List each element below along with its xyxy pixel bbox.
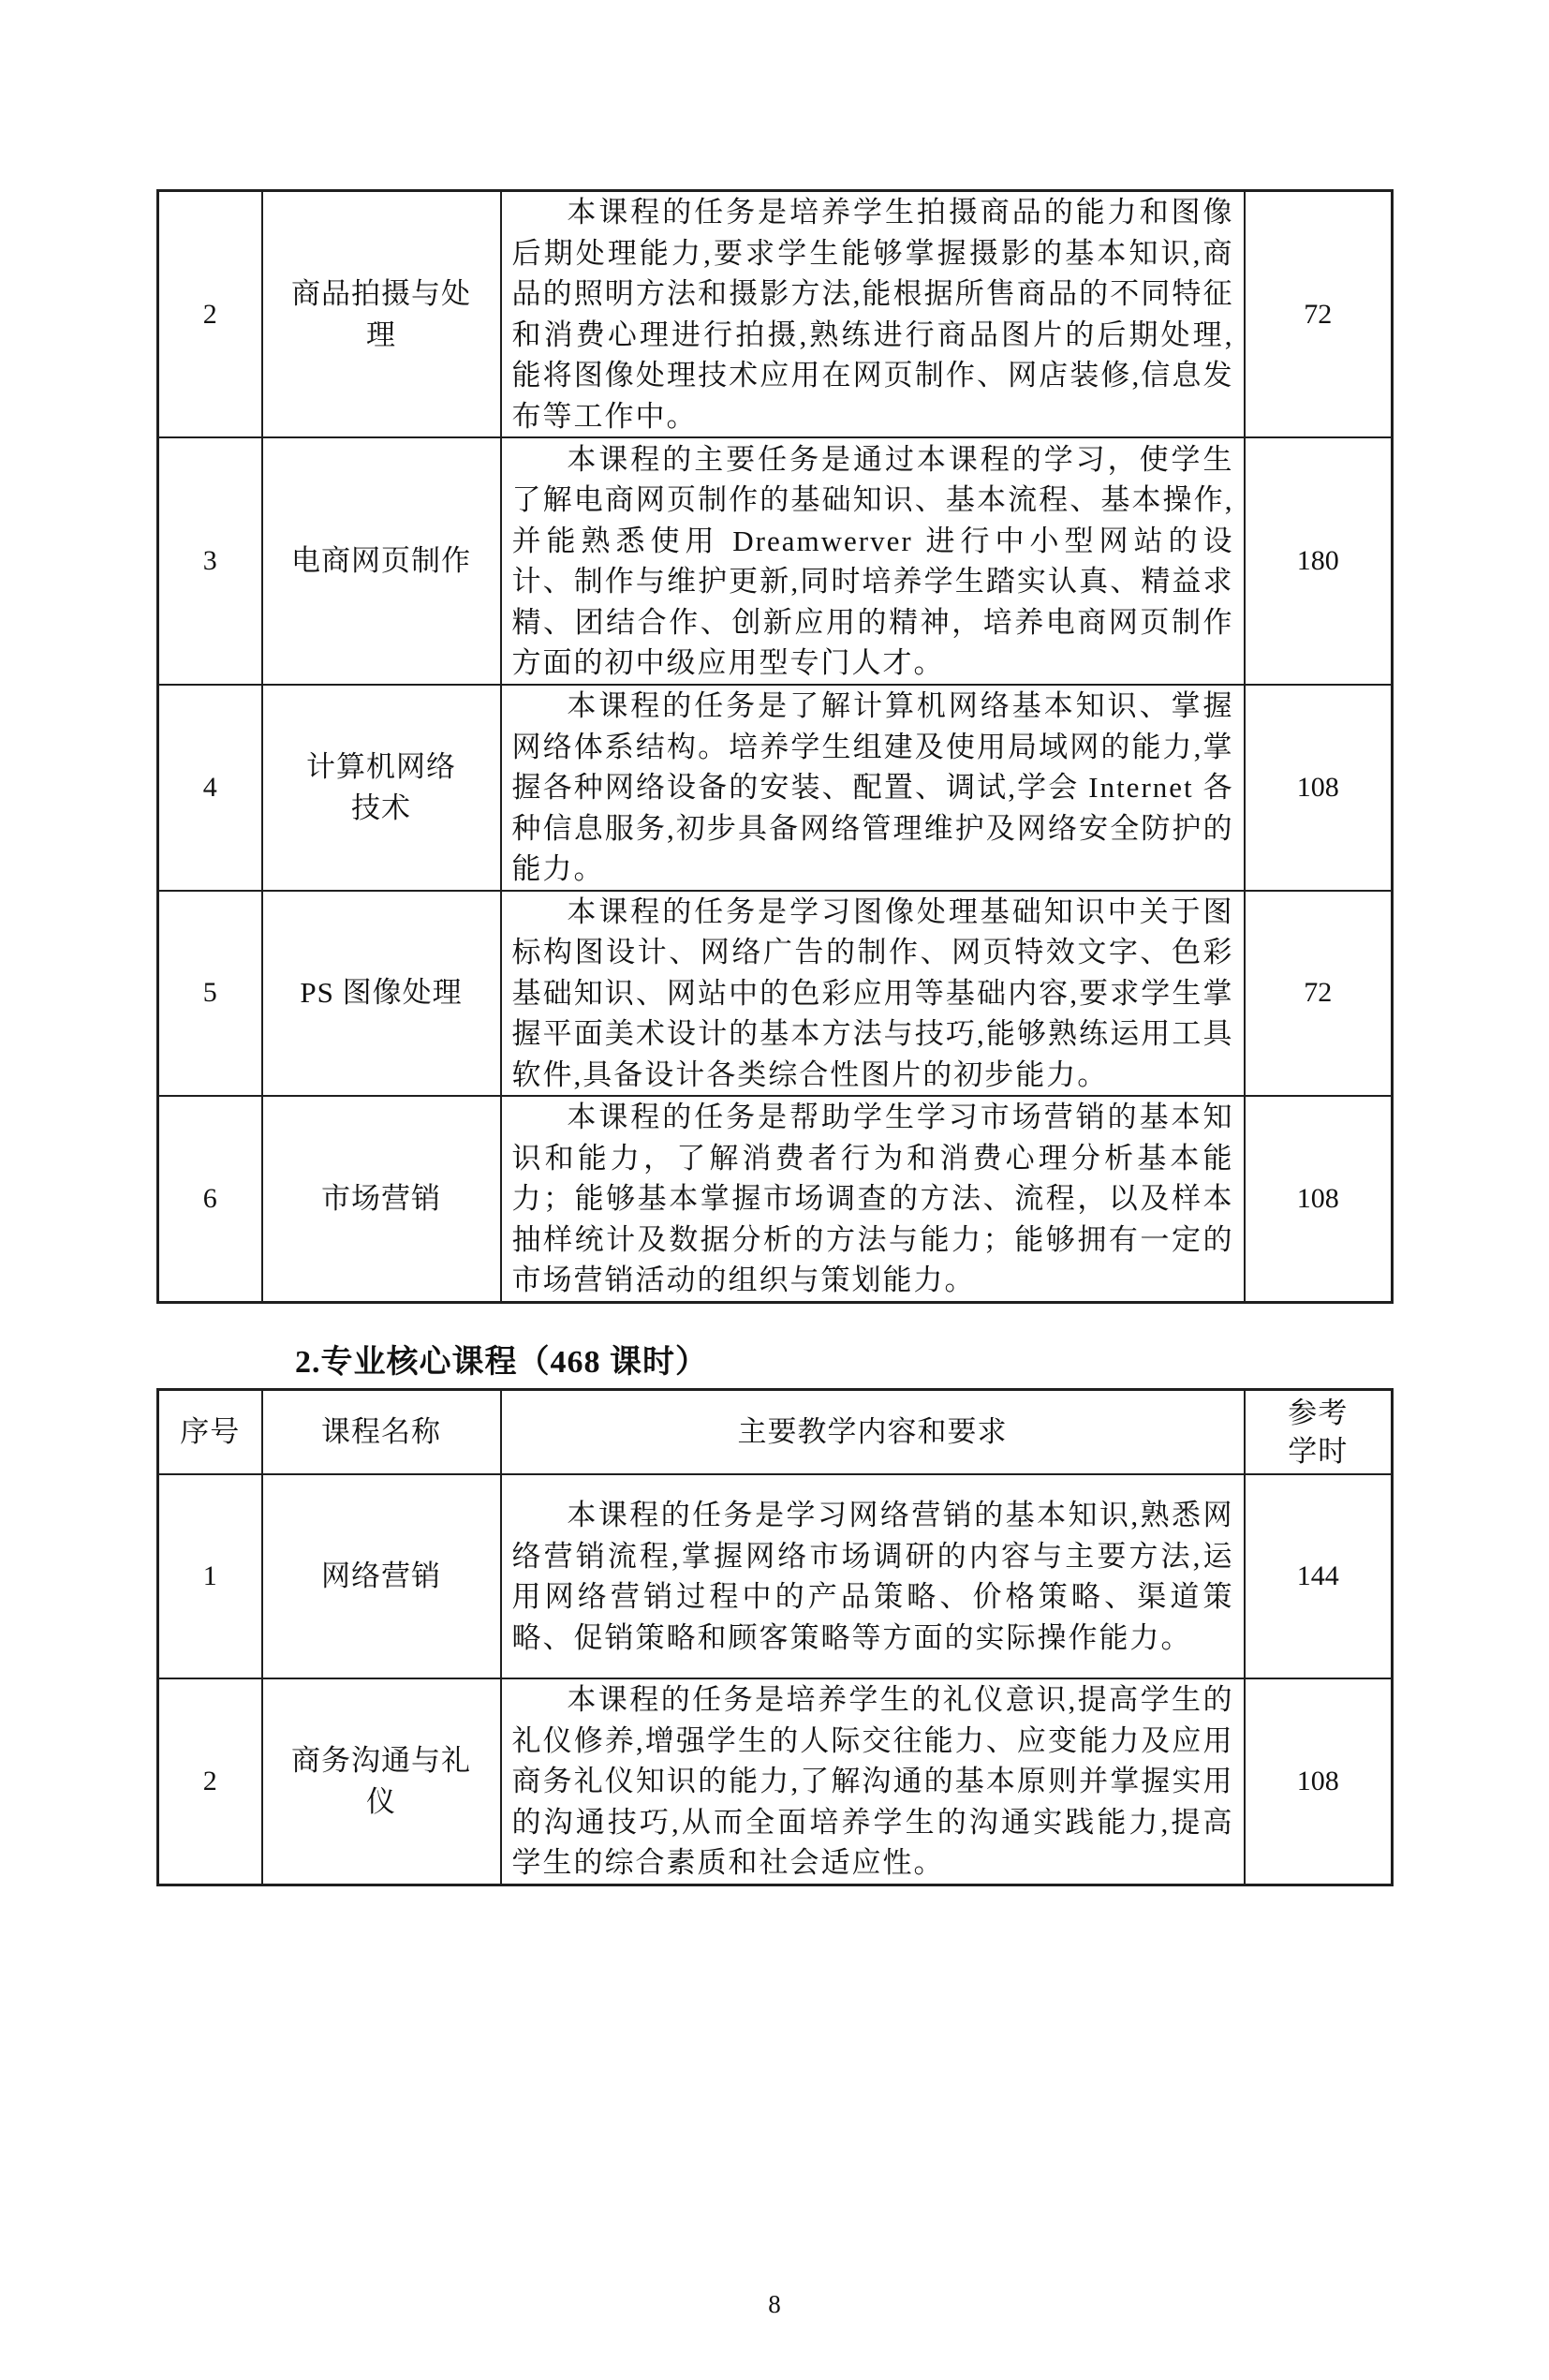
- course-name: 商务沟通与礼 仪: [262, 1678, 501, 1885]
- header-no: 序号: [158, 1389, 262, 1474]
- course-no: 1: [158, 1474, 262, 1678]
- course-description: 本课程的任务是帮助学生学习市场营销的基本知识和能力，了解消费者行为和消费心理分析…: [501, 1096, 1245, 1302]
- course-description-text: 本课程的任务是帮助学生学习市场营销的基本知识和能力，了解消费者行为和消费心理分析…: [512, 1097, 1234, 1301]
- table-row: 2 商品拍摄与处 理 本课程的任务是培养学生拍摄商品的能力和图像后期处理能力,要…: [158, 191, 1393, 438]
- course-no: 6: [158, 1096, 262, 1302]
- header-content: 主要教学内容和要求: [501, 1389, 1245, 1474]
- course-description: 本课程的任务是学习图像处理基础知识中关于图标构图设计、网络广告的制作、网页特效文…: [501, 891, 1245, 1097]
- course-name: 网络营销: [262, 1474, 501, 1678]
- document-page: 2 商品拍摄与处 理 本课程的任务是培养学生拍摄商品的能力和图像后期处理能力,要…: [0, 189, 1549, 2380]
- course-description: 本课程的任务是培养学生的礼仪意识,提高学生的礼仪修养,增强学生的人际交往能力、应…: [501, 1678, 1245, 1885]
- page-number: 8: [0, 2290, 1549, 2319]
- course-description: 本课程的任务是培养学生拍摄商品的能力和图像后期处理能力,要求学生能够掌握摄影的基…: [501, 191, 1245, 438]
- course-description-text: 本课程的任务是了解计算机网络基本知识、掌握网络体系结构。培养学生组建及使用局域网…: [512, 686, 1234, 890]
- header-course-name: 课程名称: [262, 1389, 501, 1474]
- course-no: 5: [158, 891, 262, 1097]
- course-description-text: 本课程的任务是学习图像处理基础知识中关于图标构图设计、网络广告的制作、网页特效文…: [512, 892, 1234, 1096]
- course-hours: 72: [1245, 891, 1393, 1097]
- course-description: 本课程的任务是了解计算机网络基本知识、掌握网络体系结构。培养学生组建及使用局域网…: [501, 685, 1245, 891]
- course-description-text: 本课程的任务是培养学生拍摄商品的能力和图像后期处理能力,要求学生能够掌握摄影的基…: [512, 192, 1234, 436]
- core-courses-table: 序号 课程名称 主要教学内容和要求 参考 学时 1 网络营销 本课程的任务是学习…: [156, 1388, 1394, 1886]
- section-heading: 2.专业核心课程（468 课时）: [295, 1346, 1549, 1382]
- course-name: 电商网页制作: [262, 437, 501, 685]
- course-description-text: 本课程的任务是学习网络营销的基本知识,熟悉网络营销流程,掌握网络市场调研的内容与…: [512, 1495, 1234, 1658]
- course-hours: 108: [1245, 1096, 1393, 1302]
- table-row: 2 商务沟通与礼 仪 本课程的任务是培养学生的礼仪意识,提高学生的礼仪修养,增强…: [158, 1678, 1393, 1885]
- course-name: 市场营销: [262, 1096, 501, 1302]
- course-name: 商品拍摄与处 理: [262, 191, 501, 438]
- course-no: 2: [158, 1678, 262, 1885]
- table-row: 6 市场营销 本课程的任务是帮助学生学习市场营销的基本知识和能力，了解消费者行为…: [158, 1096, 1393, 1302]
- course-hours: 108: [1245, 685, 1393, 891]
- course-hours: 144: [1245, 1474, 1393, 1678]
- course-hours: 180: [1245, 437, 1393, 685]
- course-description-text: 本课程的主要任务是通过本课程的学习，使学生了解电商网页制作的基础知识、基本流程、…: [512, 439, 1234, 684]
- course-no: 2: [158, 191, 262, 438]
- course-no: 3: [158, 437, 262, 685]
- table-header-row: 序号 课程名称 主要教学内容和要求 参考 学时: [158, 1389, 1393, 1474]
- course-hours: 108: [1245, 1678, 1393, 1885]
- table-row: 5 PS 图像处理 本课程的任务是学习图像处理基础知识中关于图标构图设计、网络广…: [158, 891, 1393, 1097]
- basic-courses-table: 2 商品拍摄与处 理 本课程的任务是培养学生拍摄商品的能力和图像后期处理能力,要…: [156, 189, 1394, 1304]
- table-row: 1 网络营销 本课程的任务是学习网络营销的基本知识,熟悉网络营销流程,掌握网络市…: [158, 1474, 1393, 1678]
- course-name: 计算机网络 技术: [262, 685, 501, 891]
- course-name: PS 图像处理: [262, 891, 501, 1097]
- course-no: 4: [158, 685, 262, 891]
- table-row: 4 计算机网络 技术 本课程的任务是了解计算机网络基本知识、掌握网络体系结构。培…: [158, 685, 1393, 891]
- header-hours: 参考 学时: [1245, 1389, 1393, 1474]
- course-description: 本课程的主要任务是通过本课程的学习，使学生了解电商网页制作的基础知识、基本流程、…: [501, 437, 1245, 685]
- table-row: 3 电商网页制作 本课程的主要任务是通过本课程的学习，使学生了解电商网页制作的基…: [158, 437, 1393, 685]
- course-description-text: 本课程的任务是培养学生的礼仪意识,提高学生的礼仪修养,增强学生的人际交往能力、应…: [512, 1679, 1234, 1884]
- course-description: 本课程的任务是学习网络营销的基本知识,熟悉网络营销流程,掌握网络市场调研的内容与…: [501, 1474, 1245, 1678]
- course-hours: 72: [1245, 191, 1393, 438]
